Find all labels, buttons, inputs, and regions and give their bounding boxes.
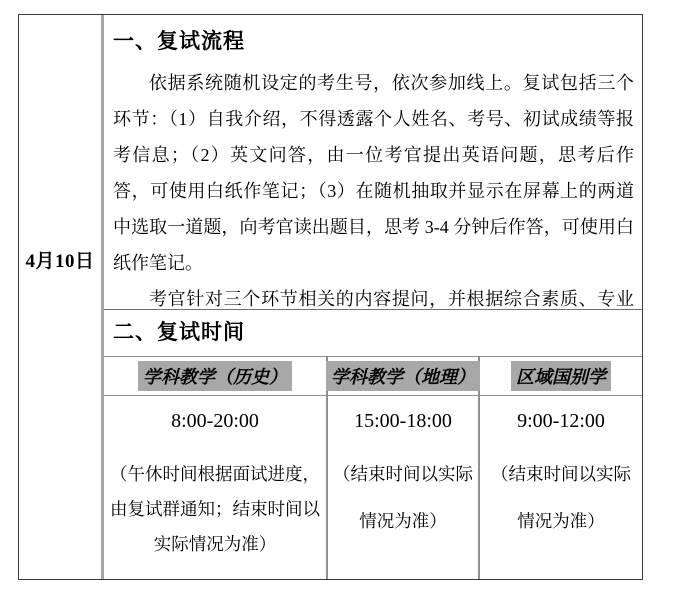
section-retest-process: 一、复试流程 依据系统随机设定的考生号，依次参加线上。复试包括三个环节：（1）自… (104, 15, 642, 309)
process-paragraph-2: 考官针对三个环节相关的内容提问，并根据综合素质、专业素质和外语能力评分。 (113, 281, 634, 309)
date-column: 4月10日 (19, 15, 104, 579)
time-heading-row: 二、复试时间 (104, 310, 642, 356)
section-retest-time: 二、复试时间 学科教学（历史） 8:00-20:00 （午休时间根据面试进度，由… (104, 309, 642, 579)
schedule-header-history: 学科教学（历史） (104, 357, 326, 396)
schedule-cell-area-studies: 9:00-12:00 （结束时间以实际情况为准） (480, 396, 642, 579)
notice-table: 4月10日 一、复试流程 依据系统随机设定的考生号，依次参加线上。复试包括三个环… (18, 14, 643, 580)
schedule-header-geography: 学科教学（地理） (328, 357, 478, 396)
program-label-geography: 学科教学（地理） (326, 361, 480, 391)
schedule-column-history: 学科教学（历史） 8:00-20:00 （午休时间根据面试进度，由复试群通知；结… (104, 357, 328, 579)
schedule-header-area-studies: 区域国别学 (480, 357, 642, 396)
schedule-cell-geography: 15:00-18:00 （结束时间以实际情况为准） (328, 396, 478, 579)
time-value-area-studies: 9:00-12:00 (484, 409, 638, 433)
process-heading: 一、复试流程 (113, 27, 634, 57)
program-label-history: 学科教学（历史） (138, 361, 292, 391)
program-label-area-studies: 区域国别学 (511, 361, 611, 391)
schedule-column-geography: 学科教学（地理） 15:00-18:00 （结束时间以实际情况为准） (328, 357, 480, 579)
time-value-geography: 15:00-18:00 (332, 409, 474, 433)
time-heading: 二、复试时间 (113, 318, 634, 348)
schedule-column-area-studies: 区域国别学 9:00-12:00 （结束时间以实际情况为准） (480, 357, 642, 579)
schedule-table: 学科教学（历史） 8:00-20:00 （午休时间根据面试进度，由复试群通知；结… (104, 356, 642, 579)
schedule-cell-history: 8:00-20:00 （午休时间根据面试进度，由复试群通知；结束时间以实际情况为… (104, 396, 326, 579)
time-note-area-studies: （结束时间以实际情况为准） (484, 451, 638, 545)
process-paragraph-1: 依据系统随机设定的考生号，依次参加线上。复试包括三个环节：（1）自我介绍，不得透… (113, 65, 634, 281)
time-value-history: 8:00-20:00 (108, 409, 322, 433)
content-column: 一、复试流程 依据系统随机设定的考生号，依次参加线上。复试包括三个环节：（1）自… (104, 15, 642, 579)
time-note-geography: （结束时间以实际情况为准） (332, 451, 474, 545)
date-label: 4月10日 (19, 246, 101, 273)
time-note-history: （午休时间根据面试进度，由复试群通知；结束时间以实际情况为准） (108, 457, 322, 562)
